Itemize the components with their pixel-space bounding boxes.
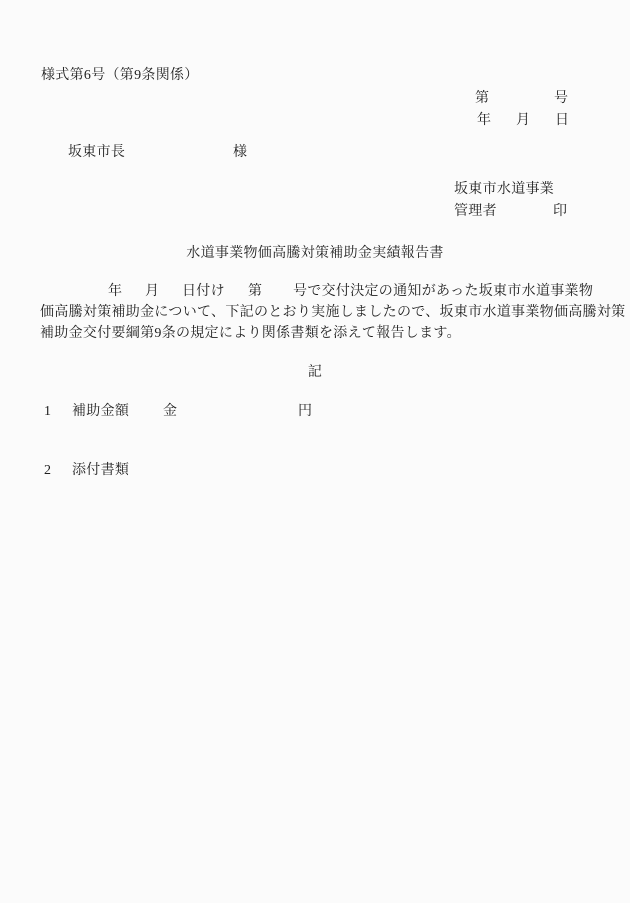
document-page: 様式第6号（第9条関係） 第 号 年 月 日 坂東市長 様 坂東市水道事業 管理… (0, 0, 630, 903)
doc-number-prefix: 第 (475, 92, 489, 106)
item-1-label: 補助金額 (72, 405, 129, 419)
seal-mark: 印 (553, 205, 567, 219)
body-date-label: 日付け (182, 285, 225, 299)
body-line-2: 価高騰対策補助金について、下記のとおり実施しましたので、坂東市水道事業物価高騰対… (40, 306, 625, 320)
addressee-honorific: 様 (233, 146, 247, 160)
record-marker: 記 (0, 366, 630, 380)
sender-org: 坂東市水道事業 (454, 183, 554, 197)
item-2-number: 2 (44, 464, 51, 478)
addressee-name: 坂東市長 (68, 146, 125, 160)
date-day-label: 日 (555, 114, 569, 128)
form-number: 様式第6号（第9条関係） (41, 69, 199, 83)
item-2-label: 添付書類 (72, 464, 129, 478)
doc-number-suffix: 号 (554, 92, 568, 106)
document-title: 水道事業物価高騰対策補助金実績報告書 (0, 247, 630, 261)
body-line-1-text: 号で交付決定の通知があった坂東市水道事業物 (293, 285, 593, 299)
body-month-label: 月 (145, 285, 159, 299)
date-year-label: 年 (477, 114, 491, 128)
amount-prefix: 金 (163, 405, 177, 419)
sender-role: 管理者 (454, 205, 497, 219)
amount-suffix: 円 (298, 405, 312, 419)
body-line-3: 補助金交付要綱第9条の規定により関係書類を添えて報告します。 (40, 327, 461, 341)
item-1-number: 1 (44, 405, 51, 419)
body-number-prefix: 第 (248, 285, 262, 299)
date-month-label: 月 (516, 114, 530, 128)
body-year-label: 年 (108, 285, 122, 299)
